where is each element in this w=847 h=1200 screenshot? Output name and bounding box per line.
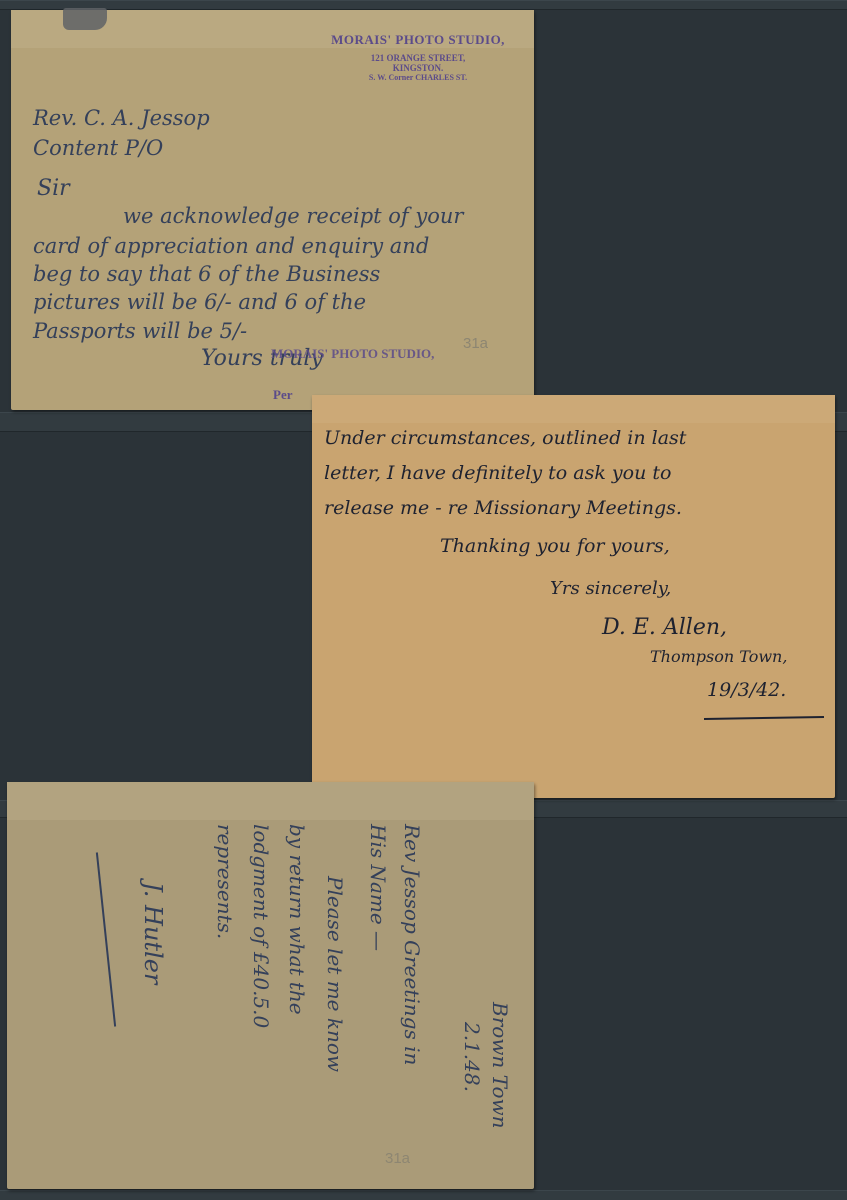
body-line: release me - re Missionary Meetings. (324, 497, 682, 519)
rotated-text-block: Brown Town 2.1.48. Rev Jessop Greetings … (32, 812, 512, 1192)
body-line: beg to say that 6 of the Business (33, 262, 380, 286)
closing: Yrs sincerely, (550, 578, 671, 599)
date-line: 2.1.48. (460, 1022, 484, 1092)
sender-town: Thompson Town, (650, 647, 787, 666)
pencil-catalog-note: 31a (385, 1150, 410, 1167)
pencil-catalog-note: 31a (463, 335, 488, 352)
body-line: card of appreciation and enquiry and (33, 234, 429, 258)
signature-underline (96, 852, 116, 1026)
stamp-line-3: KINGSTON. (307, 63, 529, 73)
addressee-line: Rev. C. A. Jessop (33, 106, 210, 130)
address-line: Content P/O (33, 136, 163, 160)
place-line: Brown Town (488, 1002, 512, 1128)
thanks-line: Thanking you for yours, (440, 535, 670, 557)
postcard-morais-photo-studio: MORAIS' PHOTO STUDIO, 121 ORANGE STREET,… (11, 10, 534, 410)
body-line: letter, I have definitely to ask you to (324, 462, 671, 484)
greeting-line-2: His Name — (366, 824, 390, 951)
body-line: Please let me know (323, 876, 347, 1072)
postcard-brown-town: Brown Town 2.1.48. Rev Jessop Greetings … (7, 782, 534, 1189)
signature: J. Hutler (139, 882, 167, 984)
ink-blot (63, 8, 107, 30)
stamp-line-2: 121 ORANGE STREET, (307, 53, 529, 63)
body-line: represents. (213, 824, 237, 939)
body-line: by return what the (285, 824, 309, 1015)
body-line: Under circumstances, outlined in last (324, 427, 686, 449)
salutation: Sir (37, 176, 70, 201)
studio-footer-stamp: MORAIS' PHOTO STUDIO, (271, 346, 434, 362)
body-line: we acknowledge receipt of your (123, 204, 463, 228)
studio-stamp: MORAIS' PHOTO STUDIO, 121 ORANGE STREET,… (307, 32, 529, 82)
per-stamp: Per (273, 387, 292, 403)
body-line: lodgment of £40.5.0 (249, 824, 273, 1028)
stamp-line-4: S. W. Corner CHARLES ST. (307, 73, 529, 82)
card-top-band (312, 395, 835, 423)
date: 19/3/42. (707, 679, 786, 701)
date-underline (704, 716, 824, 720)
body-line: pictures will be 6/- and 6 of the (33, 290, 366, 314)
signature: D. E. Allen, (602, 615, 727, 640)
postcard-d-e-allen: Under circumstances, outlined in last le… (312, 395, 835, 798)
album-strip (0, 0, 847, 10)
greeting-line: Rev Jessop Greetings in (400, 824, 424, 1065)
stamp-line-1: MORAIS' PHOTO STUDIO, (307, 32, 529, 48)
body-line: Passports will be 5/- (33, 319, 247, 343)
